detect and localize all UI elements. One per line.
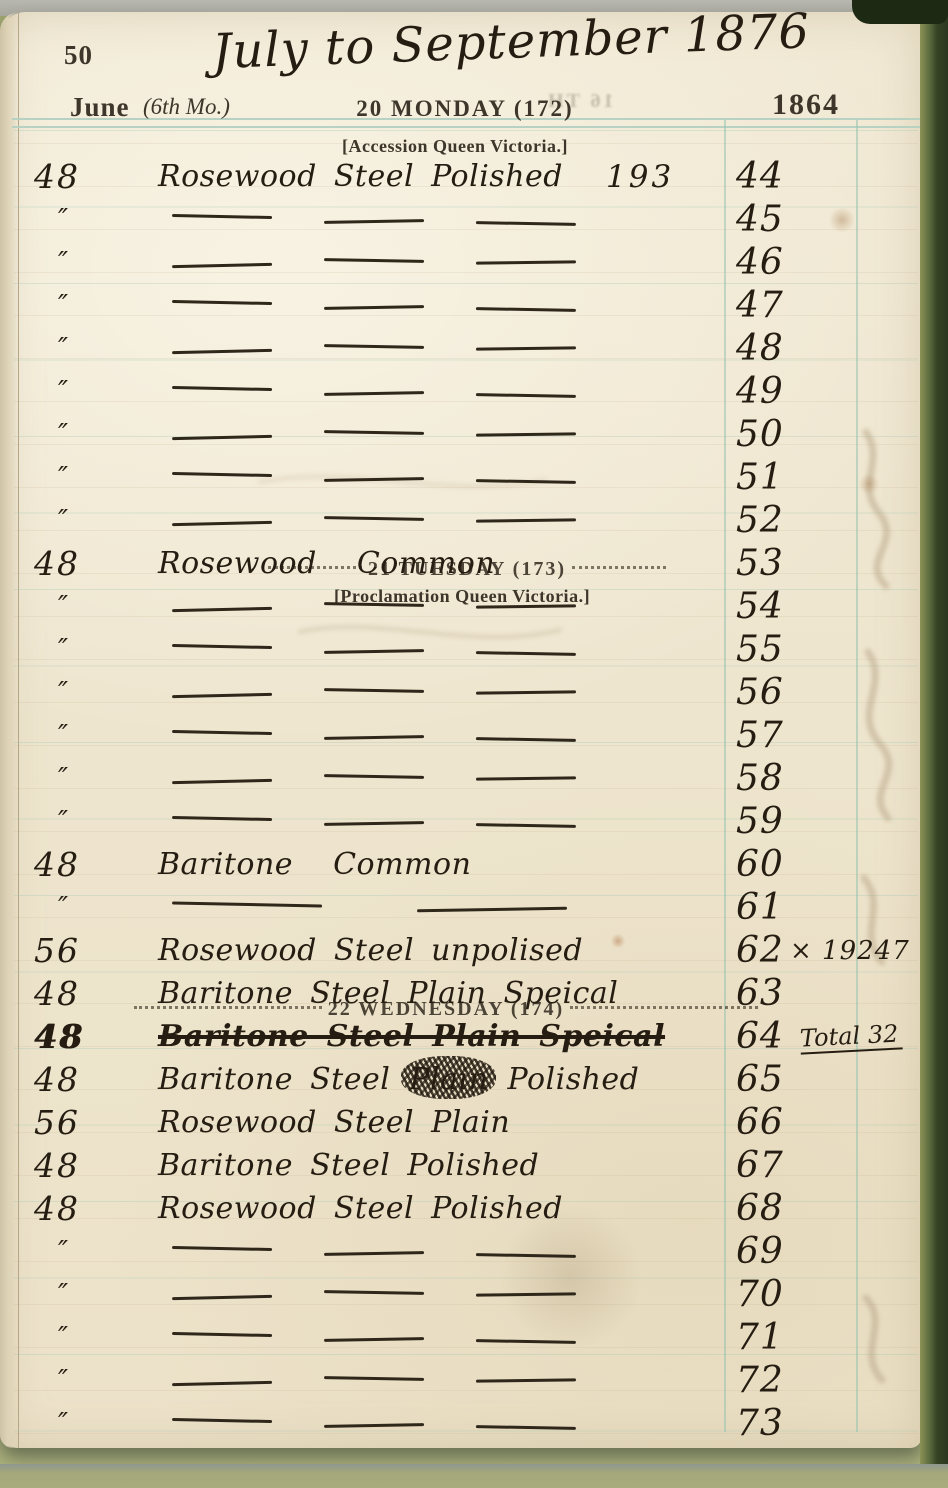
ditto-dashes: [172, 1336, 712, 1339]
ditto-mark: ″: [58, 505, 158, 536]
ditto-dash: [324, 821, 424, 825]
ditto-dash: [476, 221, 576, 225]
ditto-dash: [417, 907, 567, 912]
scribbled-out-word: Plain: [409, 1062, 488, 1097]
description: Rosewood Steel Plain: [158, 1105, 718, 1140]
ditto-dash: [324, 1376, 424, 1380]
serial-number: 48: [736, 328, 836, 369]
ditto-mark: ″: [58, 462, 158, 493]
ditto-dashes: [172, 347, 712, 350]
ditto-dash: [172, 1246, 272, 1251]
ditto-mark: ″: [58, 204, 158, 235]
ditto-dash: [476, 433, 576, 437]
description: Rosewood Common: [158, 546, 718, 581]
ditto-dash: [476, 737, 576, 741]
printed-accession-note: [Accession Queen Victoria.]: [280, 136, 630, 157]
ditto-dash: [476, 307, 576, 311]
ditto-dash: [476, 261, 576, 265]
ledger-row: ″55: [0, 628, 922, 671]
ditto-mark: ″: [58, 677, 158, 708]
ledger-row: ″73: [0, 1402, 922, 1445]
ditto-mark: ″: [58, 892, 158, 923]
ditto-dashes: [172, 519, 712, 522]
ledger-row: ″50: [0, 413, 922, 456]
ditto-dashes: [172, 304, 712, 307]
ditto-dash: [324, 649, 424, 653]
ditto-dash: [476, 479, 576, 483]
ditto-dash: [172, 644, 272, 649]
ditto-mark: ″: [58, 634, 158, 665]
ledger-row: 48Baritone Common60: [0, 843, 922, 886]
serial-number: 47: [736, 285, 836, 326]
quantity: 48: [34, 157, 134, 196]
ditto-dashes: [172, 605, 712, 608]
ditto-dash: [324, 391, 424, 395]
scan-background-bottom: [0, 1464, 948, 1488]
ditto-dash: [324, 774, 424, 778]
ditto-dash: [172, 1381, 272, 1386]
book-edge-right: [920, 0, 948, 1488]
ledger-row: 56Rosewood Steel unpolised62× 19247: [0, 929, 922, 972]
ditto-dashes: [172, 691, 712, 694]
description: Baritone Steel Plain Polished: [158, 1062, 718, 1097]
ledger-row: 48Baritone Steel Plain Speical63: [0, 972, 922, 1015]
description: Baritone Steel Polished: [158, 1148, 718, 1183]
serial-number: 52: [736, 500, 836, 541]
ditto-dashes: [172, 1293, 712, 1296]
serial-number: 55: [736, 629, 836, 670]
ditto-dash: [324, 477, 424, 481]
ditto-mark: ″: [58, 1236, 158, 1267]
ditto-dash: [172, 816, 272, 821]
ditto-dash: [172, 1295, 272, 1300]
ledger-row: ″69: [0, 1230, 922, 1273]
ditto-mark: ″: [58, 1279, 158, 1310]
ledger-row: ″54: [0, 585, 922, 628]
ledger-row: ″51: [0, 456, 922, 499]
ledger-row: ″46: [0, 241, 922, 284]
ditto-dash: [324, 1337, 424, 1341]
ditto-dashes: [172, 777, 712, 780]
ditto-dash: [172, 349, 272, 354]
ditto-dash: [172, 1418, 272, 1423]
quantity: 48: [34, 1017, 134, 1056]
ditto-mark: ″: [58, 806, 158, 837]
ledger-row: ″52: [0, 499, 922, 542]
ditto-dash: [476, 347, 576, 351]
quantity: 48: [34, 1189, 134, 1228]
ditto-dash: [172, 472, 272, 477]
ledger-row: ″57: [0, 714, 922, 757]
quantity: 56: [34, 931, 134, 970]
serial-number: 68: [736, 1188, 836, 1229]
quantity: 48: [34, 1060, 134, 1099]
ditto-dash: [172, 1332, 272, 1337]
serial-number: 44: [736, 156, 836, 197]
ditto-mark: ″: [58, 333, 158, 364]
ditto-dashes: [172, 433, 712, 436]
ledger-row: 48Rosewood Common53: [0, 542, 922, 585]
ditto-dash: [172, 435, 272, 440]
ditto-dash: [476, 605, 576, 609]
ledger-row: 56Rosewood Steel Plain66: [0, 1101, 922, 1144]
handwritten-title: July to September 1876: [211, 4, 793, 80]
quantity: 48: [34, 974, 134, 1013]
ditto-dash: [324, 258, 424, 262]
ledger-row: 48Baritone Steel Plain Polished65: [0, 1058, 922, 1101]
printed-month: June: [70, 92, 130, 123]
ditto-dash: [476, 1253, 576, 1257]
margin-annotation: Total 32: [799, 1019, 903, 1054]
ditto-dash: [476, 651, 576, 655]
ditto-dash: [476, 1339, 576, 1343]
ledger-row: 48Baritone Steel Polished67: [0, 1144, 922, 1187]
serial-number: 54: [736, 586, 836, 627]
book-edge-top-right: [852, 0, 948, 24]
printed-day-heading-monday: 20 MONDAY (172): [300, 96, 630, 122]
ledger-row: ″61: [0, 886, 922, 929]
ditto-mark: ″: [58, 1408, 158, 1439]
ledger-row: ″59: [0, 800, 922, 843]
ditto-dash: [172, 386, 272, 391]
serial-number: 58: [736, 758, 836, 799]
ditto-dash: [172, 607, 272, 612]
ditto-dashes: [172, 261, 712, 264]
ledger-row: ″49: [0, 370, 922, 413]
serial-number: 46: [736, 242, 836, 283]
ledger-row: 48Rosewood Steel Polished19344: [0, 155, 922, 198]
ditto-dash: [324, 305, 424, 309]
serial-number: 70: [736, 1274, 836, 1315]
ditto-dash: [172, 693, 272, 698]
serial-number: 59: [736, 801, 836, 842]
ditto-dash: [476, 1379, 576, 1383]
ditto-mark: ″: [58, 376, 158, 407]
ditto-dash: [172, 263, 272, 268]
quantity: 48: [34, 845, 134, 884]
serial-number: 60: [736, 844, 836, 885]
ledger-row: ″45: [0, 198, 922, 241]
description: Baritone Common: [158, 847, 718, 882]
ditto-dashes: [172, 1422, 712, 1425]
ledger-row: ″58: [0, 757, 922, 800]
ditto-dash: [476, 393, 576, 397]
serial-number: 45: [736, 199, 836, 240]
ditto-dash: [172, 214, 272, 219]
ditto-dash: [476, 1293, 576, 1297]
model-number: 193: [606, 159, 674, 195]
ledger-row: ″70: [0, 1273, 922, 1316]
ditto-mark: ″: [58, 247, 158, 278]
ditto-dash: [324, 219, 424, 223]
ledger-row: ″47: [0, 284, 922, 327]
serial-number: 49: [736, 371, 836, 412]
margin-annotation: × 19247: [790, 936, 948, 966]
serial-number: 72: [736, 1360, 836, 1401]
ditto-mark: ″: [58, 763, 158, 794]
ditto-dash: [172, 300, 272, 305]
ditto-mark: ″: [58, 1365, 158, 1396]
serial-number: 69: [736, 1231, 836, 1272]
serial-number: 71: [736, 1317, 836, 1358]
page-number: 50: [64, 40, 93, 71]
ditto-dash: [324, 344, 424, 348]
serial-number: 56: [736, 672, 836, 713]
serial-number: 66: [736, 1102, 836, 1143]
ledger-row: 48Baritone Steel Plain Speical64Total 32: [0, 1015, 922, 1058]
ditto-dash: [476, 777, 576, 781]
ditto-dash: [476, 519, 576, 523]
ditto-mark: ″: [58, 290, 158, 321]
ditto-mark: ″: [58, 419, 158, 450]
serial-number: 53: [736, 543, 836, 584]
printed-month-note: (6th Mo.): [143, 94, 230, 120]
ditto-dashes: [172, 734, 712, 737]
description: Baritone Steel Plain Speical: [158, 1019, 718, 1054]
ledger-row: ″71: [0, 1316, 922, 1359]
ditto-mark: ″: [58, 720, 158, 751]
ledger-row: ″48: [0, 327, 922, 370]
ditto-dash: [476, 823, 576, 827]
serial-number: 73: [736, 1403, 836, 1444]
ditto-dashes: [172, 1250, 712, 1253]
quantity: 48: [34, 544, 134, 583]
ledger-row: 48Rosewood Steel Polished68: [0, 1187, 922, 1230]
quantity: 48: [34, 1146, 134, 1185]
ditto-dash: [324, 688, 424, 692]
ditto-dash: [172, 521, 272, 526]
serial-number: 65: [736, 1059, 836, 1100]
serial-number: 67: [736, 1145, 836, 1186]
ditto-dash: [324, 735, 424, 739]
ditto-mark: ″: [58, 1322, 158, 1353]
ditto-dashes: [172, 648, 712, 651]
ledger-rows: 48Rosewood Steel Polished19344″45″46″47″…: [0, 155, 922, 1445]
ditto-dash: [324, 1423, 424, 1427]
ditto-dash: [324, 430, 424, 434]
ditto-dash: [172, 902, 322, 908]
ditto-dash: [324, 1290, 424, 1294]
quantity: 56: [34, 1103, 134, 1142]
ditto-dash: [172, 779, 272, 784]
ditto-dash: [324, 1251, 424, 1255]
ditto-dashes: [172, 1379, 712, 1382]
ditto-dash: [476, 691, 576, 695]
serial-number: 50: [736, 414, 836, 455]
ditto-dash: [324, 516, 424, 520]
ditto-mark: ″: [58, 591, 158, 622]
ditto-dashes: [172, 820, 712, 823]
description: Rosewood Steel Polished: [158, 1191, 718, 1226]
ledger-row: ″56: [0, 671, 922, 714]
description: Rosewood Steel unpolised: [158, 933, 718, 968]
ditto-dashes: [172, 476, 712, 479]
serial-number: 63: [736, 973, 836, 1014]
ditto-dash: [324, 602, 424, 606]
ditto-dashes: [172, 906, 712, 909]
diary-page: 50 July to September 1876 June (6th Mo.)…: [0, 12, 922, 1448]
serial-number: 51: [736, 457, 836, 498]
description: Baritone Steel Plain Speical: [158, 976, 718, 1011]
serial-number: 61: [736, 887, 836, 928]
ditto-dashes: [172, 390, 712, 393]
ditto-dashes: [172, 218, 712, 221]
ditto-dash: [476, 1425, 576, 1429]
ditto-dash: [172, 730, 272, 735]
serial-number: 57: [736, 715, 836, 756]
ledger-row: ″72: [0, 1359, 922, 1402]
printed-year: 1864: [772, 88, 840, 122]
